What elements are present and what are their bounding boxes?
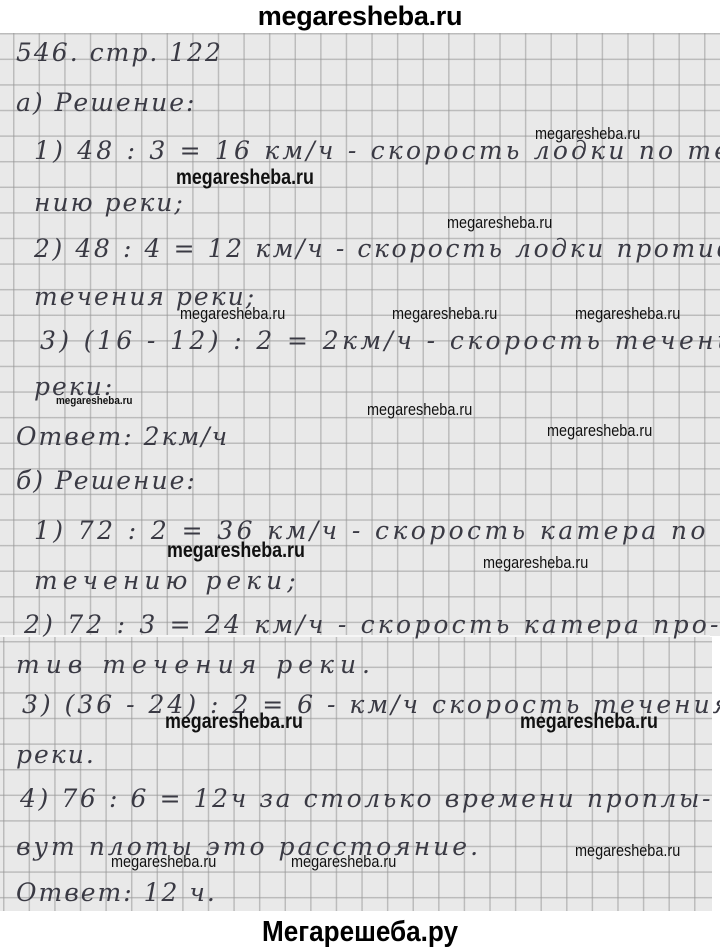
watermark: megaresheba.ru xyxy=(180,304,285,324)
site-footer: Мегарешеба.ру xyxy=(36,912,684,952)
watermark: megaresheba.ru xyxy=(111,852,216,872)
part-a-answer: Ответ: 2км/ч xyxy=(16,422,229,451)
part-a-line: 3) (16 - 12) : 2 = 2км/ч - скорость тече… xyxy=(40,326,720,355)
part-b-answer: Ответ: 12 ч. xyxy=(16,878,217,907)
watermark: megaresheba.ru xyxy=(575,304,680,324)
part-b-line: реки. xyxy=(16,740,96,769)
part-b-line: вут плоты это расстояние. xyxy=(16,832,481,861)
part-b-line: 4) 76 : 6 = 12ч за столько времени пропл… xyxy=(20,784,713,813)
watermark: megaresheba.ru xyxy=(291,852,396,872)
part-a-line: 2) 48 : 4 = 12 км/ч - скорость лодки про… xyxy=(34,234,720,263)
part-b-heading: б) Решение: xyxy=(16,466,197,495)
problem-title: 546. стр. 122 xyxy=(16,38,223,67)
part-b-line: 1) 72 : 2 = 36 км/ч - скорость катера по xyxy=(34,516,709,545)
part-a-heading: а) Решение: xyxy=(16,88,196,117)
watermark: megaresheba.ru xyxy=(56,395,132,407)
watermark: megaresheba.ru xyxy=(535,124,640,144)
watermark: megaresheba.ru xyxy=(520,710,658,734)
site-header: megaresheba.ru xyxy=(0,0,720,32)
watermark: megaresheba.ru xyxy=(176,166,314,190)
part-a-line: нию реки; xyxy=(34,188,185,217)
watermark: megaresheba.ru xyxy=(483,553,588,573)
watermark: megaresheba.ru xyxy=(447,213,552,233)
watermark: megaresheba.ru xyxy=(392,304,497,324)
watermark: megaresheba.ru xyxy=(167,539,305,563)
watermark: megaresheba.ru xyxy=(575,841,680,861)
watermark: megaresheba.ru xyxy=(367,400,472,420)
watermark: megaresheba.ru xyxy=(547,421,652,441)
part-b-line: 2) 72 : 3 = 24 км/ч - скорость катера пр… xyxy=(24,610,720,639)
part-b-line: тив течения реки. xyxy=(16,650,376,679)
watermark: megaresheba.ru xyxy=(165,710,303,734)
part-b-line: течению реки; xyxy=(34,566,301,595)
